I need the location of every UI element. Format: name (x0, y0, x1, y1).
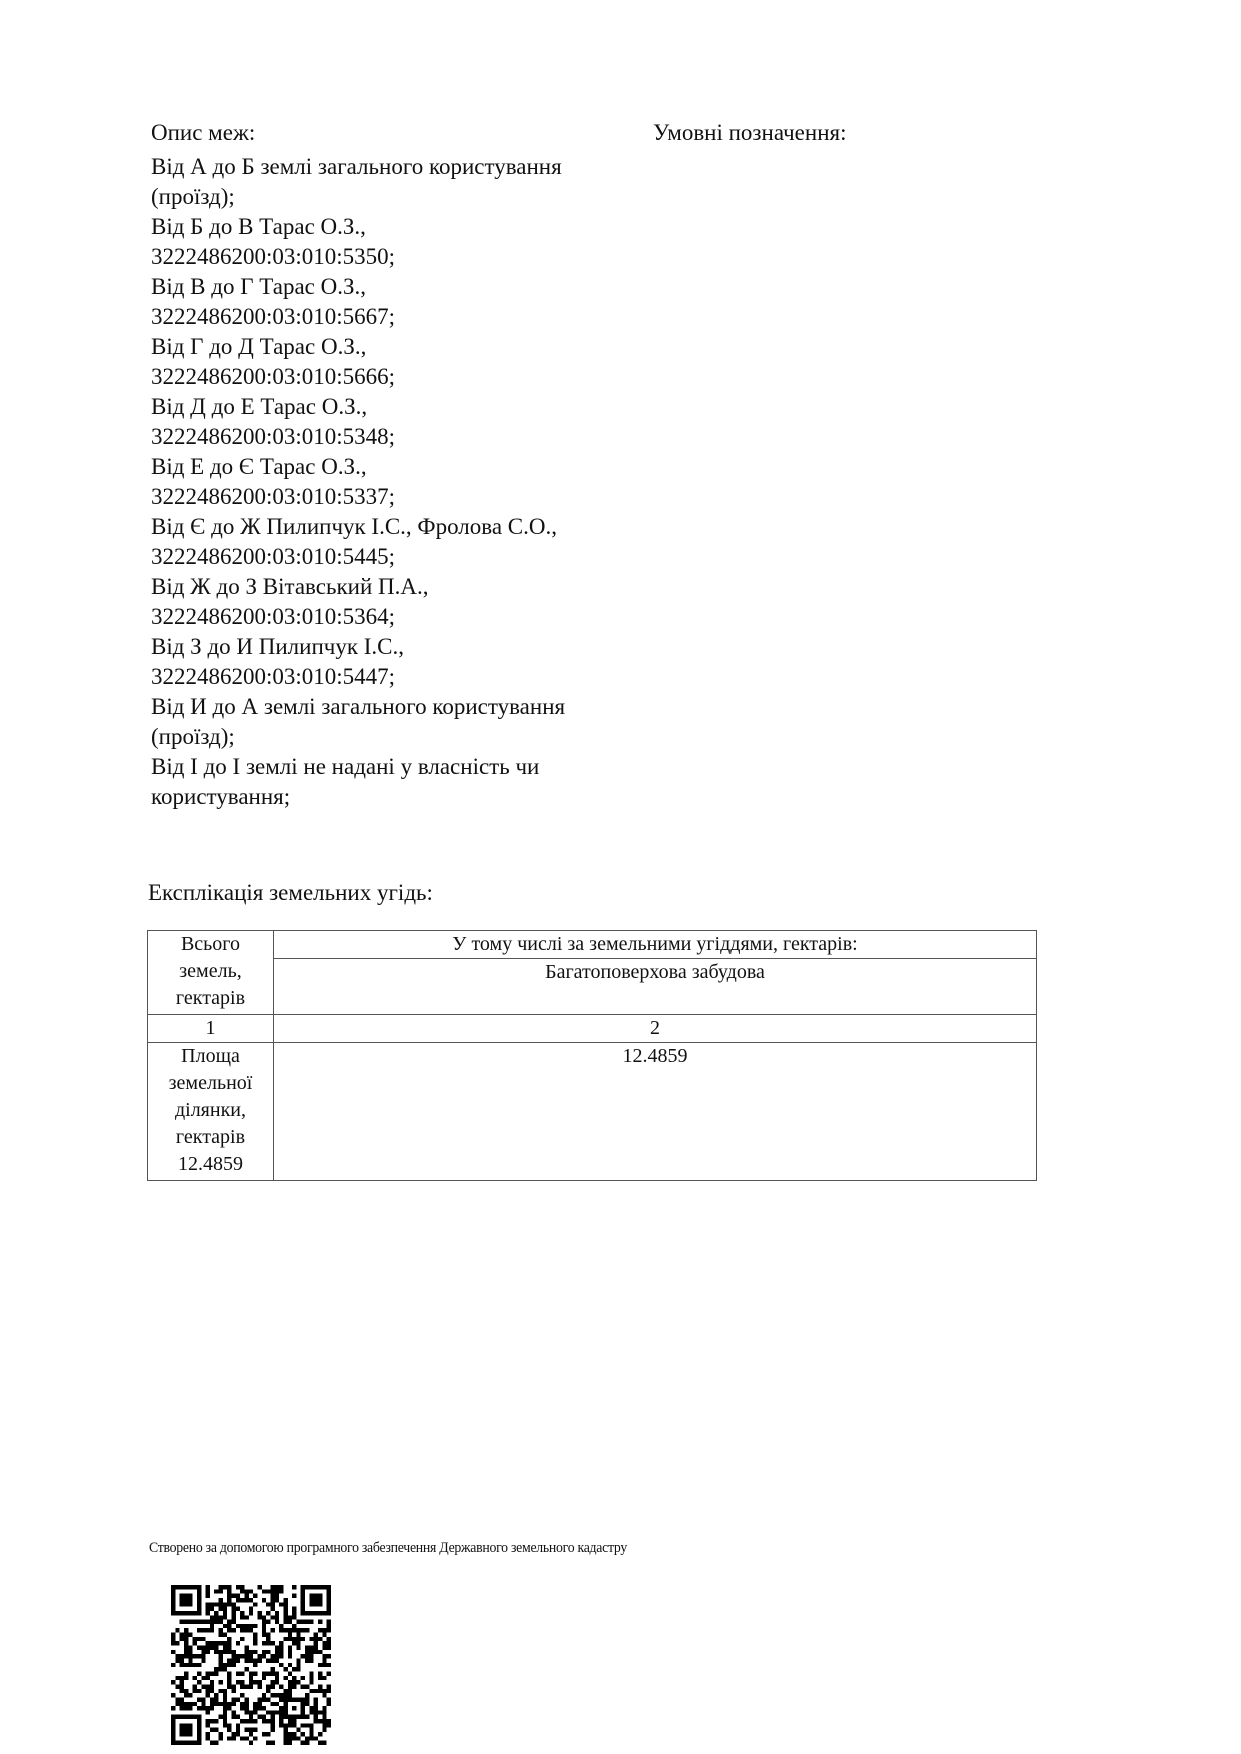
column-number-2: 2 (274, 1015, 1037, 1043)
boundary-line: Від Г до Д Тарас О.З., (151, 332, 631, 362)
boundary-line: 3222486200:03:010:5667; (151, 302, 631, 332)
land-explication-table: Всього земель, гектарів У тому числі за … (147, 930, 1037, 1181)
table-row: Площа земельної ділянки, гектарів 12.485… (148, 1043, 1037, 1181)
boundary-line: Від З до И Пилипчук І.С., (151, 632, 631, 662)
legend-title: Умовні позначення: (653, 118, 846, 148)
boundary-line: 3222486200:03:010:5666; (151, 362, 631, 392)
boundary-line: Від І до І землі не надані у власність ч… (151, 752, 631, 782)
boundary-line: Від Є до Ж Пилипчук І.С., Фролова С.О., (151, 512, 631, 542)
boundary-description-title: Опис меж: (151, 118, 255, 148)
boundary-line: Від Д до Е Тарас О.З., (151, 392, 631, 422)
boundary-line: 3222486200:03:010:5350; (151, 242, 631, 272)
table-column-number-row: 1 2 (148, 1015, 1037, 1043)
column-number-1: 1 (148, 1015, 274, 1043)
boundary-line: Від Е до Є Тарас О.З., (151, 452, 631, 482)
boundary-line: Від И до А землі загального користування (151, 692, 631, 722)
header-category-multistorey: Багатоповерхова забудова (274, 959, 1037, 1015)
parcel-area-label: Площа земельної ділянки, гектарів 12.485… (148, 1043, 274, 1181)
boundary-line: Від В до Г Тарас О.З., (151, 272, 631, 302)
header-including-categories: У тому числі за земельними угіддями, гек… (274, 931, 1037, 959)
table-header-row: Всього земель, гектарів У тому числі за … (148, 931, 1037, 959)
boundary-line: 3222486200:03:010:5447; (151, 662, 631, 692)
boundary-description-list: Від А до Б землі загального користування… (151, 152, 631, 812)
boundary-line: 3222486200:03:010:5337; (151, 482, 631, 512)
boundary-line: 3222486200:03:010:5364; (151, 602, 631, 632)
boundary-line: користування; (151, 782, 631, 812)
table-subheader-row: Багатоповерхова забудова (148, 959, 1037, 1015)
boundary-line: (проїзд); (151, 722, 631, 752)
boundary-line: Від Б до В Тарас О.З., (151, 212, 631, 242)
boundary-line: 3222486200:03:010:5348; (151, 422, 631, 452)
boundary-line: Від А до Б землі загального користування (151, 152, 631, 182)
explication-title: Експлікація земельних угідь: (148, 878, 433, 908)
qr-code-icon (171, 1585, 331, 1745)
boundary-line: (проїзд); (151, 182, 631, 212)
parcel-area-value: 12.4859 (274, 1043, 1037, 1181)
boundary-line: Від Ж до З Вітавський П.А., (151, 572, 631, 602)
boundary-line: 3222486200:03:010:5445; (151, 542, 631, 572)
footer-note: Створено за допомогою програмного забезп… (149, 1538, 627, 1558)
header-total-lands: Всього земель, гектарів (148, 931, 274, 1015)
